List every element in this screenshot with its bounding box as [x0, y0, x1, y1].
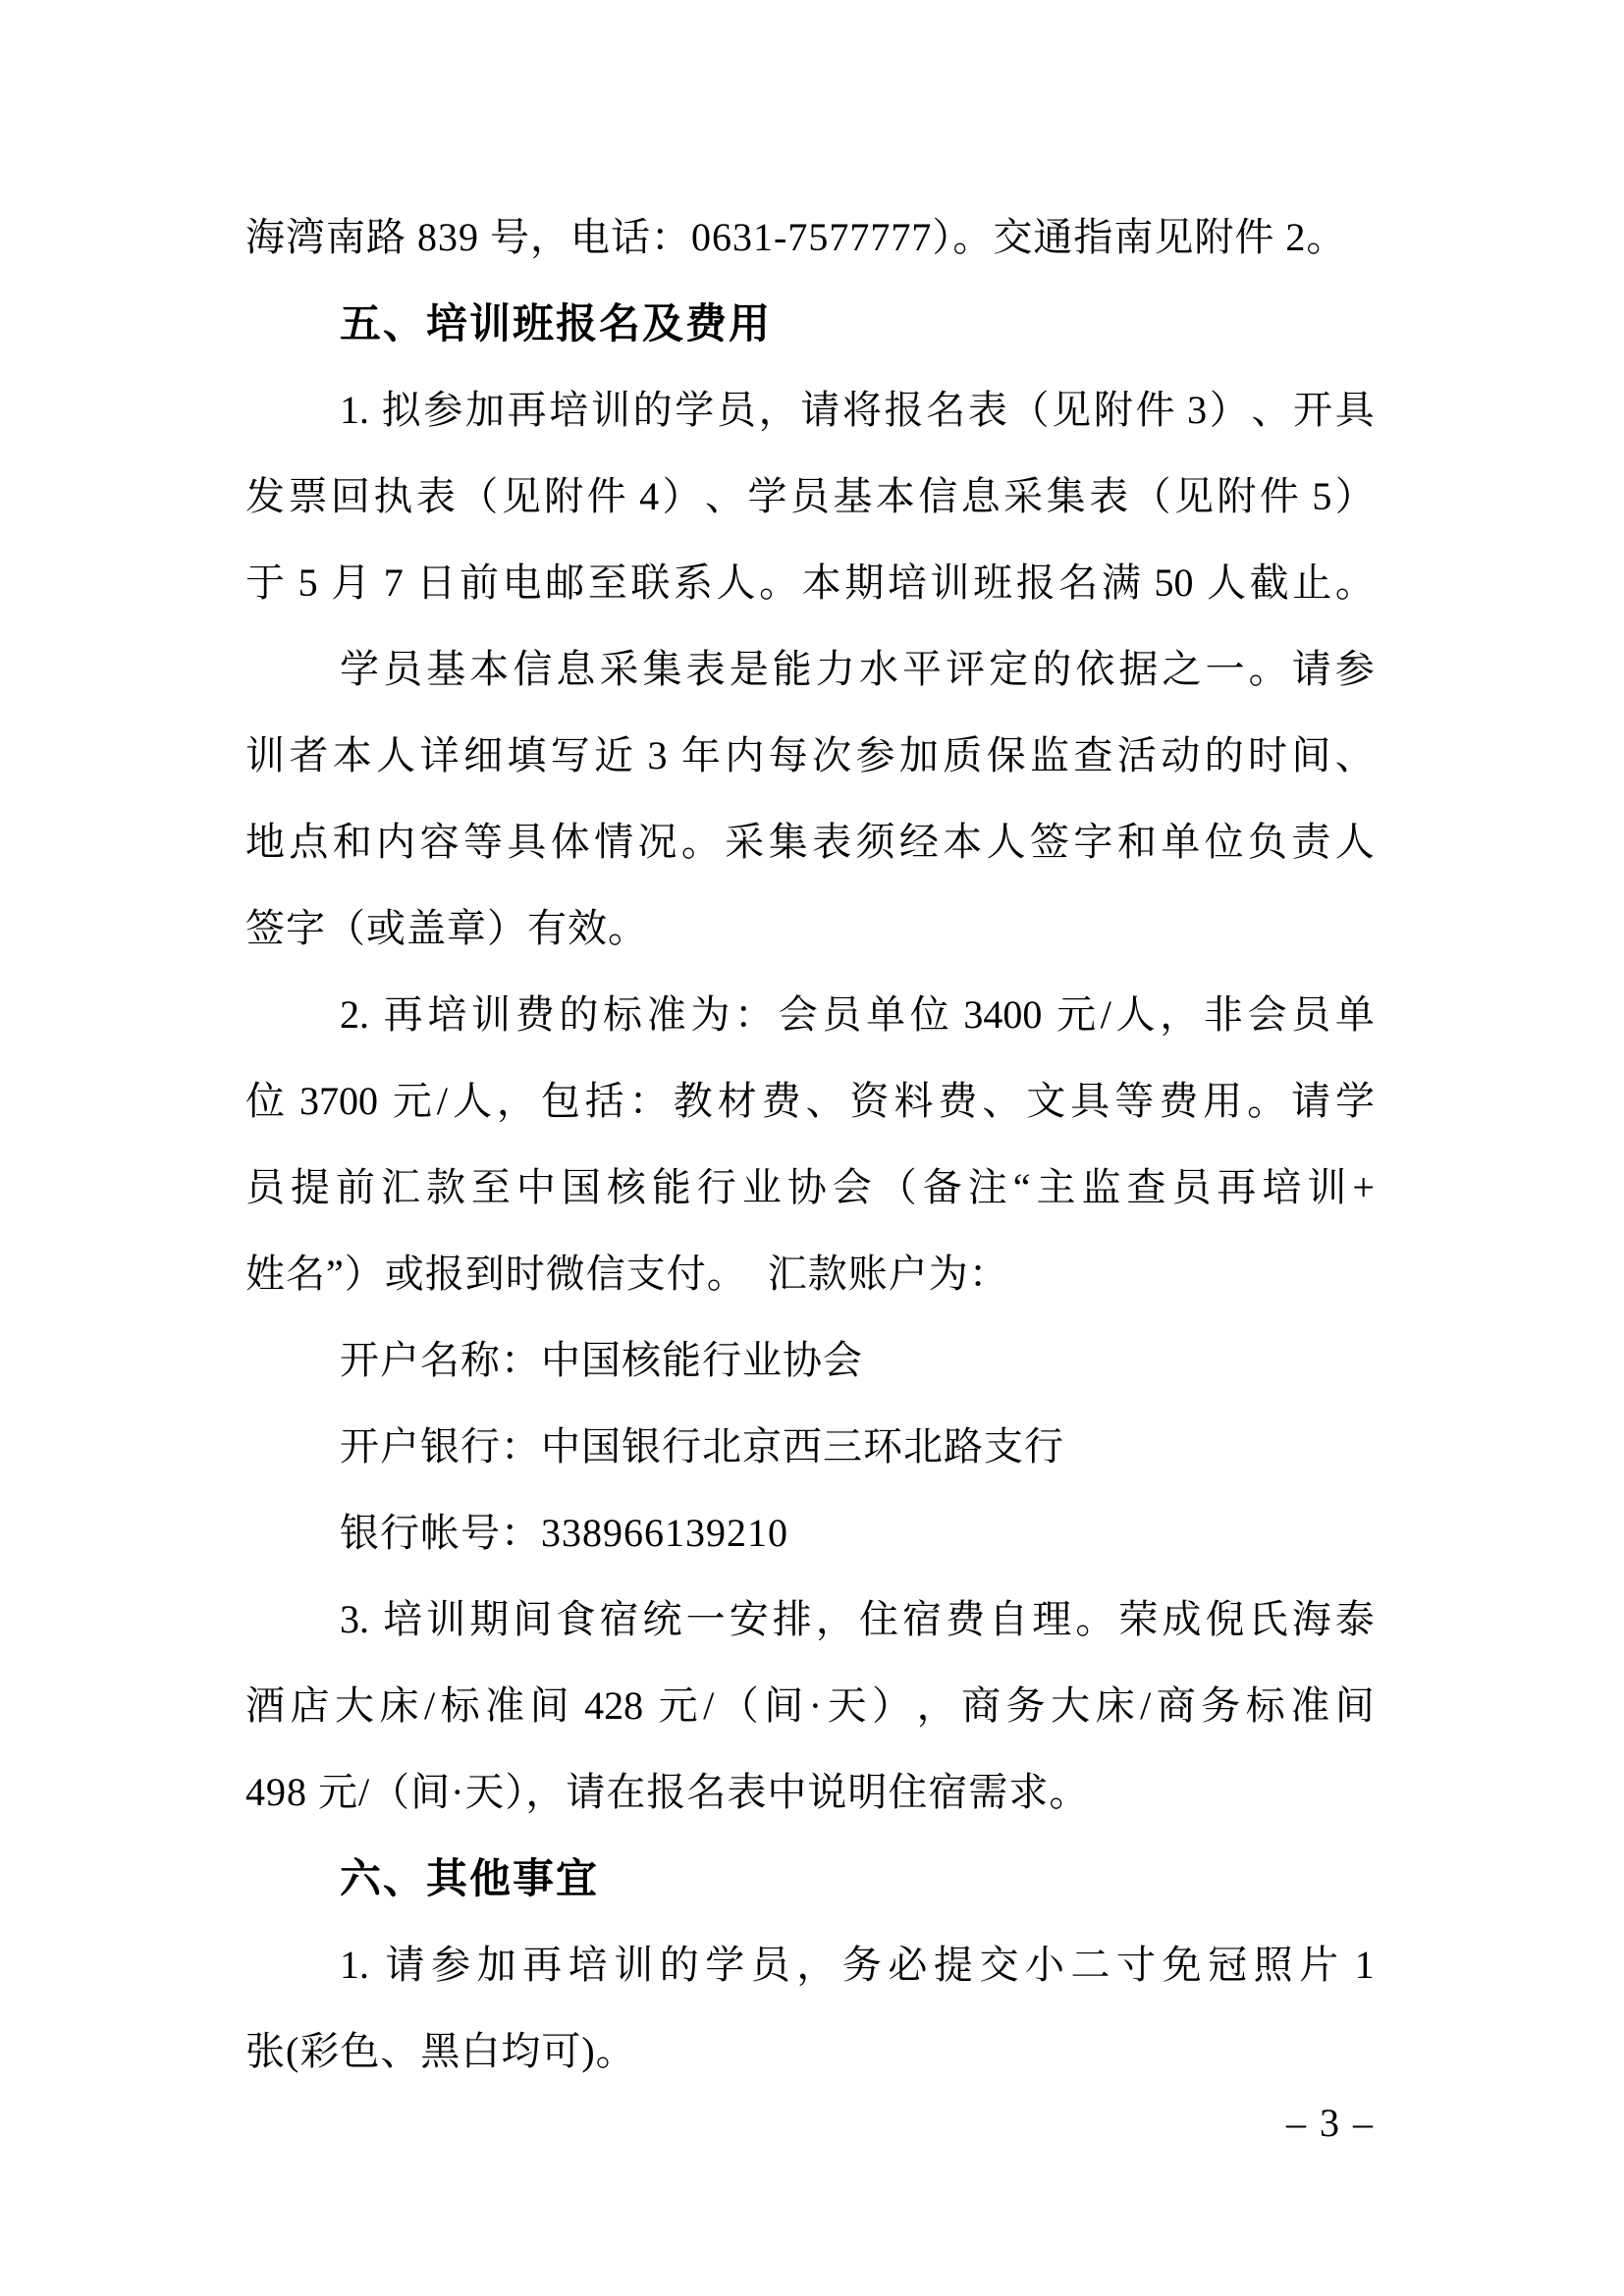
text-line: 发票回执表（见附件 4）、学员基本信息采集表（见附件 5）: [245, 454, 1375, 540]
text-line: 1. 请参加再培训的学员，务必提交小二寸免冠照片 1: [245, 1922, 1375, 2008]
section-heading: 六、其他事宜: [245, 1836, 1375, 1922]
text-line: 张(彩色、黑白均可)。: [245, 2008, 1375, 2095]
text-line: 于 5 月 7 日前电邮至联系人。本期培训班报名满 50 人截止。: [245, 540, 1375, 626]
text-line: 员提前汇款至中国核能行业协会（备注“主监查员再培训+: [245, 1145, 1375, 1231]
text-line: 训者本人详细填写近 3 年内每次参加质保监查活动的时间、: [245, 713, 1375, 799]
text-line: 海湾南路 839 号，电话：0631-7577777）。交通指南见附件 2。: [245, 194, 1375, 281]
text-line: 签字（或盖章）有效。: [245, 885, 1375, 972]
text-line: 学员基本信息采集表是能力水平评定的依据之一。请参: [245, 626, 1375, 713]
section-heading: 五、培训班报名及费用: [245, 281, 1375, 367]
text-line: 2. 再培训费的标准为：会员单位 3400 元/人，非会员单: [245, 972, 1375, 1058]
document-page: 海湾南路 839 号，电话：0631-7577777）。交通指南见附件 2。五、…: [0, 0, 1624, 2296]
text-line: 1. 拟参加再培训的学员，请将报名表（见附件 3）、开具: [245, 367, 1375, 454]
text-line: 酒店大床/标准间 428 元/（间·天），商务大床/商务标准间: [245, 1663, 1375, 1749]
page-number: – 3 –: [1286, 2080, 1375, 2166]
text-line: 姓名”）或报到时微信支付。 汇款账户为：: [245, 1231, 1375, 1317]
text-line: 位 3700 元/人，包括：教材费、资料费、文具等费用。请学: [245, 1058, 1375, 1145]
text-line: 498 元/（间·天），请在报名表中说明住宿需求。: [245, 1749, 1375, 1836]
text-line: 银行帐号：338966139210: [245, 1490, 1375, 1576]
text-line: 开户银行：中国银行北京西三环北路支行: [245, 1404, 1375, 1490]
document-body: 海湾南路 839 号，电话：0631-7577777）。交通指南见附件 2。五、…: [245, 194, 1375, 2095]
text-line: 开户名称：中国核能行业协会: [245, 1317, 1375, 1404]
text-line: 3. 培训期间食宿统一安排，住宿费自理。荣成倪氏海泰: [245, 1576, 1375, 1663]
text-line: 地点和内容等具体情况。采集表须经本人签字和单位负责人: [245, 799, 1375, 885]
